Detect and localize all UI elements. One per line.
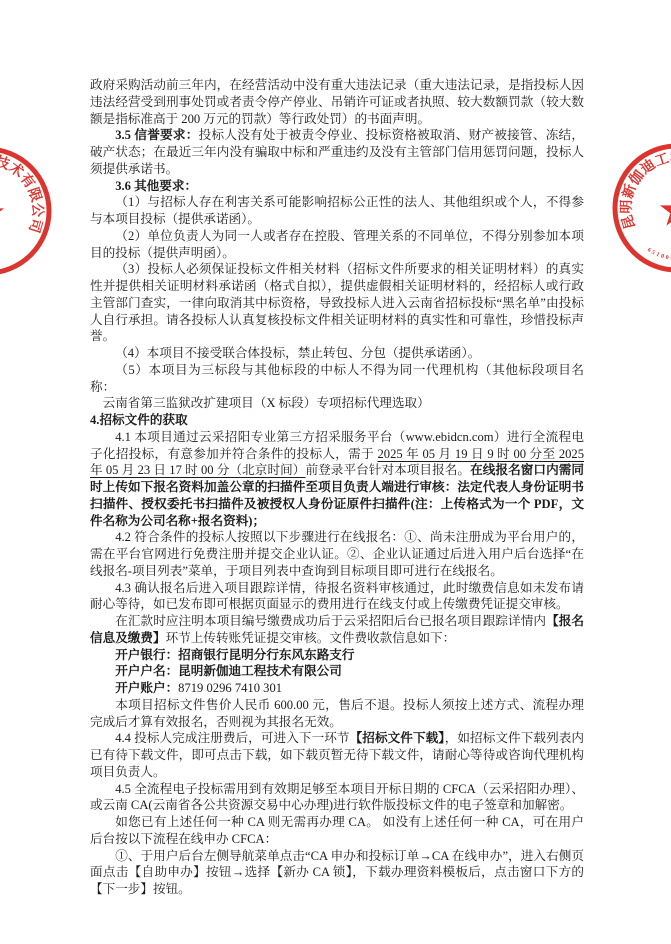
company-seal-left: 昆明新伽迪工程技术有限公司 0244801: [0, 136, 62, 286]
seal-star: [0, 196, 4, 229]
text-run-bold: 开户银行：招商银行昆明分行东风东路支行: [115, 648, 354, 662]
text-run-bold: 开户账户：: [115, 681, 178, 695]
paragraph: 在汇款时应注明本项目编号缴费成功后于云采招阳后台已报名项目跟踪详情内【报名信息及…: [90, 613, 584, 647]
text-run-bold: 3.5 信誉要求：: [115, 128, 198, 142]
text-run-bold: 3.6 其他要求：: [115, 179, 197, 193]
text-run: 环节上传转账凭证提交审核。文件费收款信息如下：: [166, 631, 456, 645]
paragraph: 如您已有上述任何一种 CA 则无需再办理 CA。 如没有上述任何一种 CA，可在…: [90, 814, 584, 848]
text-run: 本项目招标文件售价人民币 600.00 元，售后不退。投标人须按上述方式、流程办…: [90, 698, 584, 729]
text-run: （3）投标人必须保证投标文件相关材料（招标文件所要求的相关证明材料）的真实性并提…: [90, 262, 584, 343]
text-run: 如您已有上述任何一种 CA 则无需再办理 CA。 如没有上述任何一种 CA，可在…: [90, 815, 584, 846]
text-run: 政府采购活动前三年内，在经营活动中没有重大违法记录（重大违法记录，是指投标人因违…: [90, 78, 584, 126]
paragraph: ①、于用户后台左侧导航菜单点击“CA 申办和投标订单→CA 在线申办”，进入右侧…: [90, 848, 584, 898]
text-run: 4.5 全流程电子投标需用到有效期足够至本项目开标日期的 CFCA（云采招阳办理…: [90, 782, 584, 813]
paragraph: 本项目招标文件售价人民币 600.00 元，售后不退。投标人须按上述方式、流程办…: [90, 697, 584, 731]
text-run: 4.3 确认报名后进入项目跟踪详情，待报名资料审核通过，此时缴费信息如未发布请耐…: [90, 581, 584, 612]
text-run-bold: 4.招标文件的获取: [90, 413, 188, 427]
text-run: （5）本项目为三标段与其他标段的中标人不得为同一代理机构（其他标段项目名称：: [90, 363, 584, 394]
text-run-bold: 开户户名：昆明新伽迪工程技术有限公司: [115, 664, 342, 678]
paragraph: 3.5 信誉要求：投标人没有处于被责令停业、投标资格被取消、财产被接管、冻结，破…: [90, 127, 584, 177]
text-run: 4.2 符合条件的投标人按照以下步骤进行在线报名：①、尚未注册成为平台用户的，需…: [90, 530, 584, 578]
text-run: （4）本项目不接受联合体投标，禁止转包、分包（提供承诺函）。: [115, 346, 480, 360]
paragraph: （3）投标人必须保证投标文件相关材料（招标文件所要求的相关证明材料）的真实性并提…: [90, 261, 584, 345]
seal-star: [660, 193, 671, 226]
paragraph: 开户银行：招商银行昆明分行东风东路支行: [90, 647, 584, 664]
paragraph: 开户账户：8719 0296 7410 301: [90, 680, 584, 697]
document-page: 政府采购活动前三年内，在经营活动中没有重大违法记录（重大违法记录，是指投标人因违…: [0, 0, 671, 944]
text-run: 8719 0296 7410 301: [178, 681, 282, 695]
paragraph: 3.6 其他要求：: [90, 178, 584, 195]
paragraph: （1）与招标人存在利害关系可能影响招标公正性的法人、其他组织或个人，不得参与本项…: [90, 194, 584, 228]
seal-ring: [0, 149, 49, 273]
seal-ring: [615, 146, 671, 270]
paragraph: 4.1 本项目通过云采招阳专业第三方招采服务平台（www.ebidcn.com）…: [90, 429, 584, 530]
text-run: 云南省第三监狱改扩建项目（X 标段）专项招标代理选取）: [103, 396, 430, 410]
paragraph: （5）本项目为三标段与其他标段的中标人不得为同一代理机构（其他标段项目名称：: [90, 362, 584, 396]
paragraph: （2）单位负责人为同一人或者存在控股、管理关系的不同单位，不得分别参加本项目的投…: [90, 228, 584, 262]
company-seal-right: 昆明新伽迪工程技术有限公司 6510002: [602, 133, 671, 283]
paragraph: 4.3 确认报名后进入项目跟踪详情，待报名资料审核通过，此时缴费信息如未发布请耐…: [90, 580, 584, 614]
text-run-bold: 【招标文件下载】: [350, 731, 445, 745]
paragraph: 4.招标文件的获取: [90, 412, 584, 429]
seal-code-text: 6510002: [646, 247, 671, 262]
paragraph: 开户户名：昆明新伽迪工程技术有限公司: [90, 663, 584, 680]
paragraph: （4）本项目不接受联合体投标，禁止转包、分包（提供承诺函）。: [90, 345, 584, 362]
text-run: （1）与招标人存在利害关系可能影响招标公正性的法人、其他组织或个人，不得参与本项…: [90, 195, 584, 226]
paragraph: 4.5 全流程电子投标需用到有效期足够至本项目开标日期的 CFCA（云采招阳办理…: [90, 781, 584, 815]
text-run: 在汇款时应注明本项目编号缴费成功后于云采招阳后台已报名项目跟踪详情内: [115, 614, 546, 628]
paragraph: 4.4 投标人完成注册费后，可进入下一环节【招标文件下载】，如招标文件下载列表内…: [90, 730, 584, 780]
document-body: 政府采购活动前三年内，在经营活动中没有重大违法记录（重大违法记录，是指投标人因违…: [90, 77, 584, 898]
text-run: 前登录平台针对本项目报名。: [305, 463, 470, 477]
text-run: 4.4 投标人完成注册费后，可进入下一环节: [115, 731, 349, 745]
paragraph: 4.2 符合条件的投标人按照以下步骤进行在线报名：①、尚未注册成为平台用户的，需…: [90, 529, 584, 579]
seal-company-text: 昆明新伽迪工程技术有限公司: [0, 152, 46, 235]
seal-company-text: 昆明新伽迪工程技术有限公司: [619, 149, 671, 232]
text-run: ①、于用户后台左侧导航菜单点击“CA 申办和投标订单→CA 在线申办”，进入右侧…: [90, 849, 584, 897]
paragraph: 云南省第三监狱改扩建项目（X 标段）专项招标代理选取）: [90, 395, 584, 412]
text-run: （2）单位负责人为同一人或者存在控股、管理关系的不同单位，不得分别参加本项目的投…: [90, 229, 584, 260]
paragraph: 政府采购活动前三年内，在经营活动中没有重大违法记录（重大违法记录，是指投标人因违…: [90, 77, 584, 127]
